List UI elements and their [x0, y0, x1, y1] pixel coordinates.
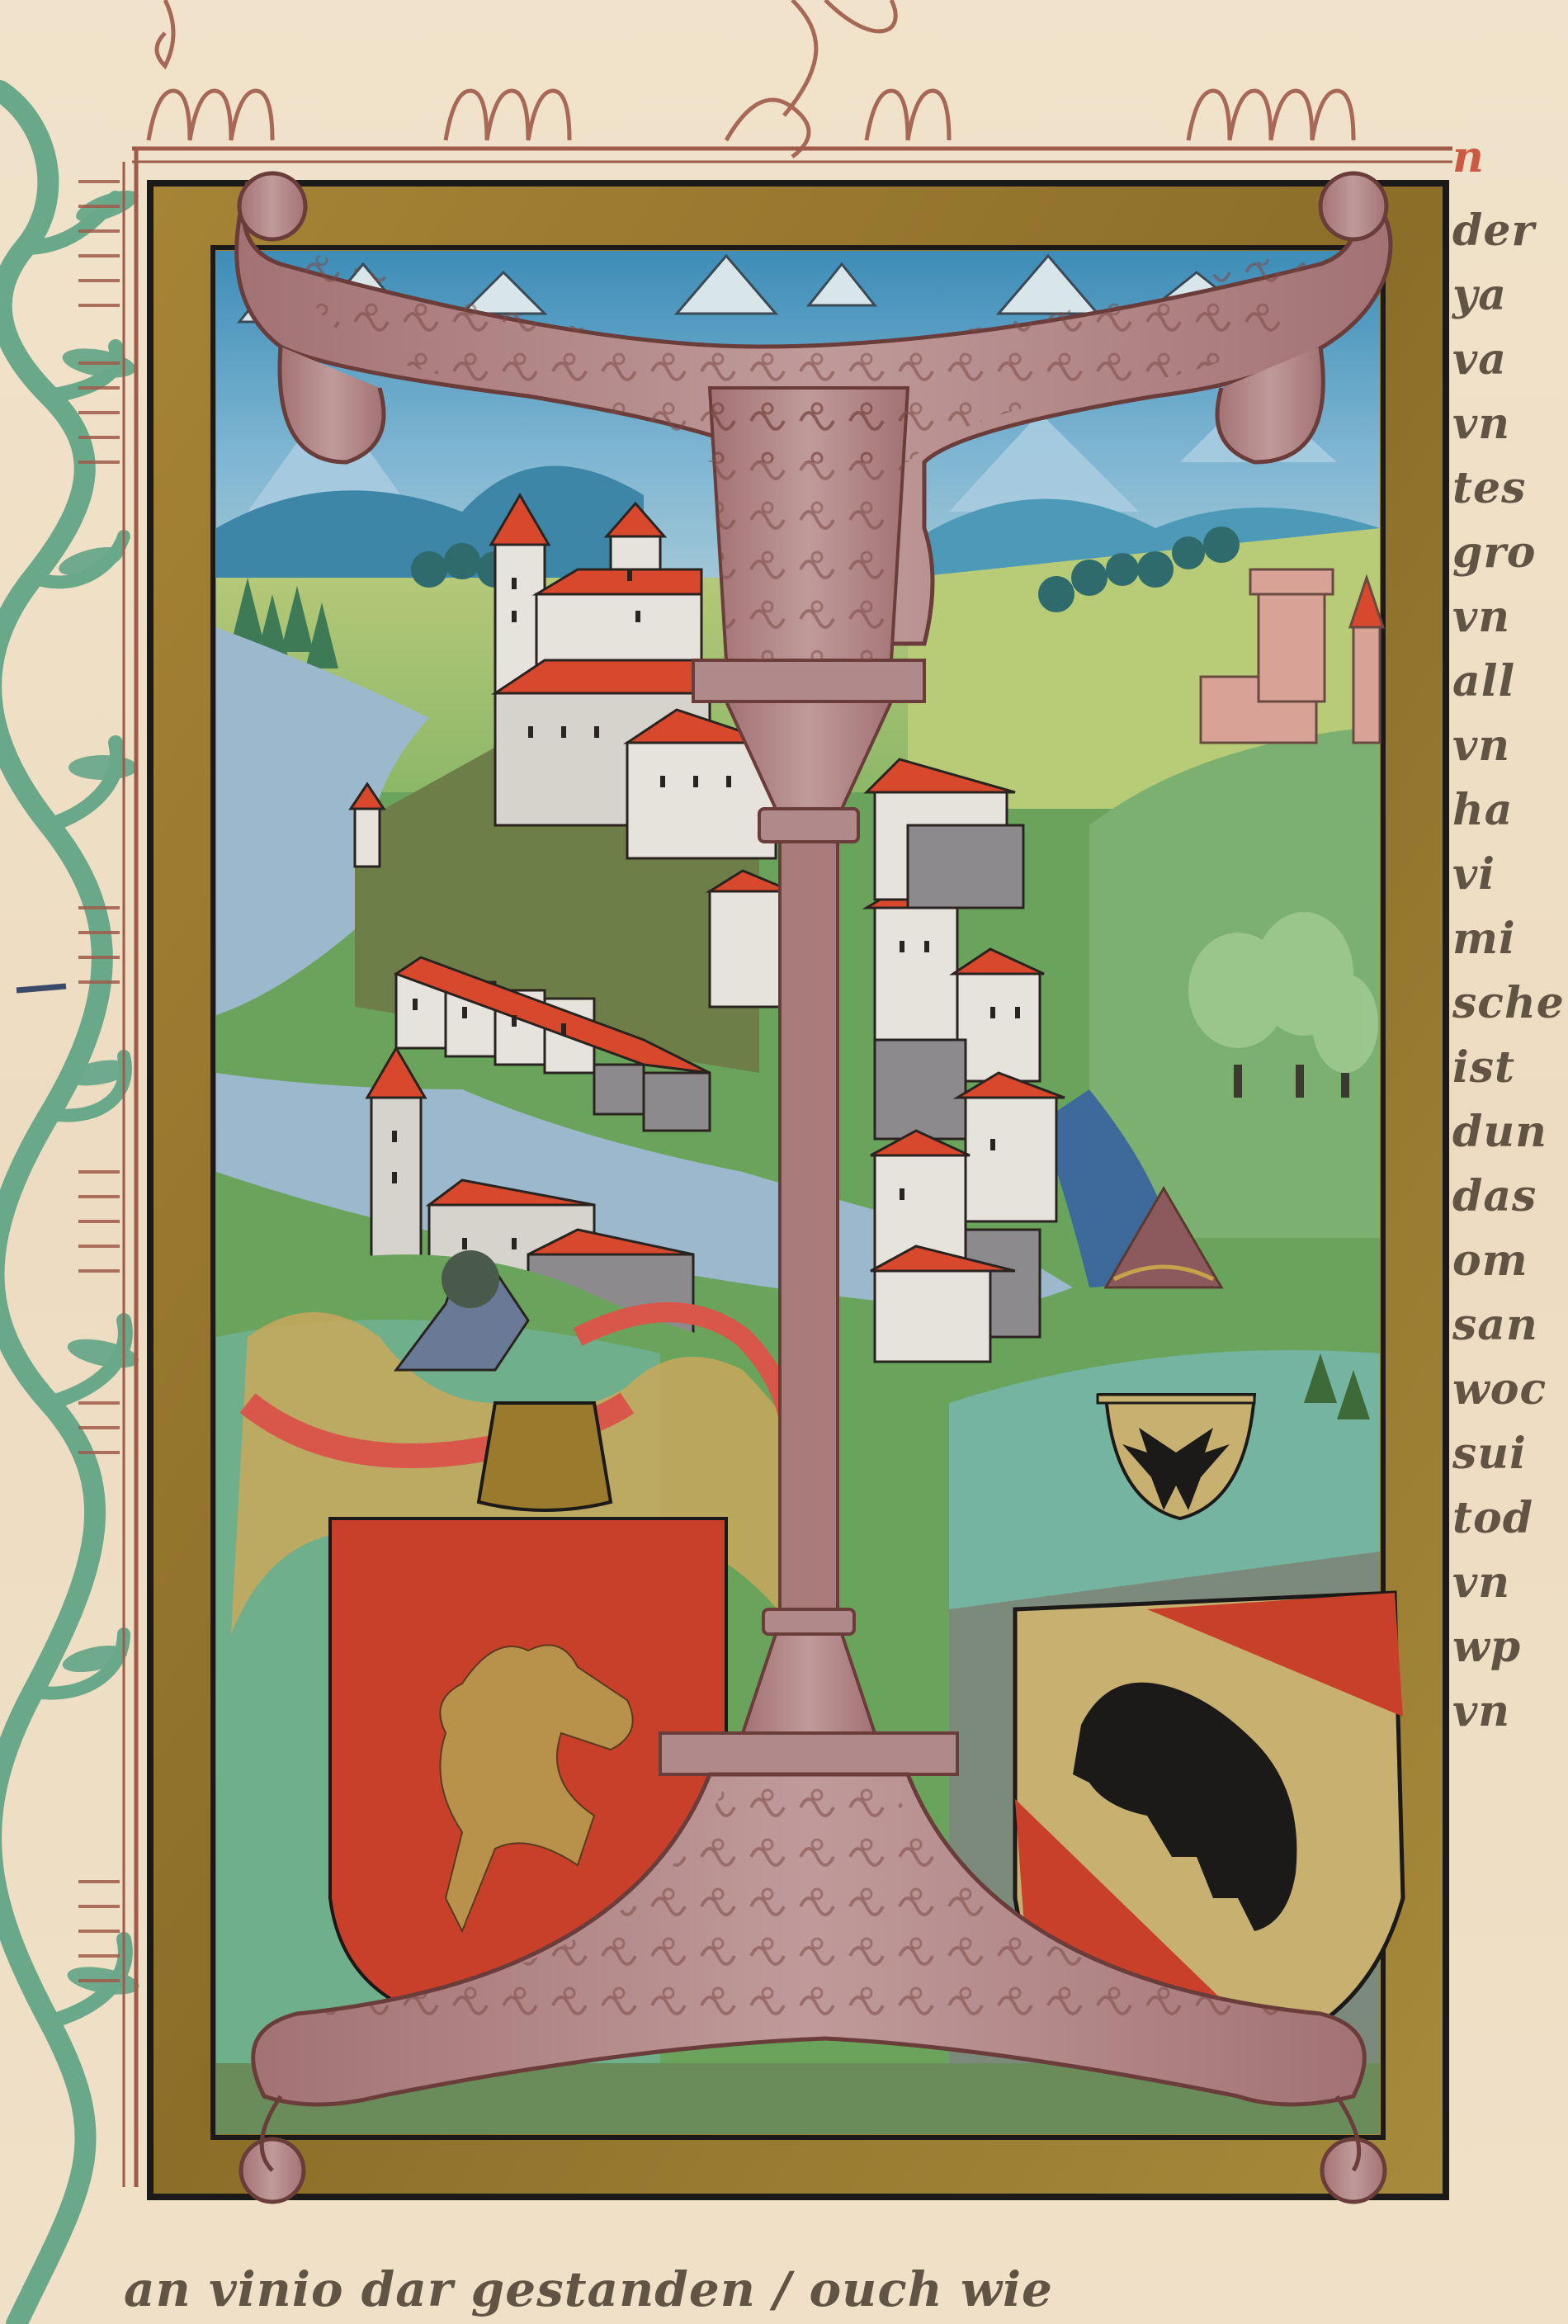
margin-word: mi [1452, 907, 1568, 971]
margin-word: vi [1452, 843, 1568, 907]
margin-word: ya [1452, 263, 1568, 328]
margin-word: san [1452, 1293, 1568, 1358]
margin-word: n [1452, 132, 1568, 182]
margin-word: das [1452, 1164, 1568, 1229]
margin-word: vn [1452, 1551, 1568, 1615]
margin-word: ist [1452, 1036, 1568, 1100]
blue-stroke-mark [17, 986, 66, 990]
margin-word: vn [1452, 714, 1568, 778]
margin-word: vn [1452, 1679, 1568, 1744]
manuscript-page: n der ya va vn tes gro vn all vn ha vi m… [0, 0, 1568, 2324]
margin-word: tod [1452, 1486, 1568, 1551]
margin-word: der [1452, 199, 1568, 263]
margin-word: vn [1452, 585, 1568, 649]
illumination-artwork [0, 0, 1568, 2324]
margin-word: sche [1452, 971, 1568, 1036]
margin-word: ha [1452, 778, 1568, 843]
margin-word: va [1452, 328, 1568, 392]
margin-word: gro [1452, 521, 1568, 585]
right-margin-text: n der ya va vn tes gro vn all vn ha vi m… [1452, 149, 1568, 1744]
margin-word: wp [1452, 1615, 1568, 1679]
margin-word: all [1452, 649, 1568, 714]
margin-word: woc [1452, 1358, 1568, 1422]
bottom-text-line: an vinio dar gestanden / ouch wie [124, 2261, 1053, 2317]
margin-word: tes [1452, 456, 1568, 521]
margin-word: sui [1452, 1422, 1568, 1486]
margin-word: om [1452, 1229, 1568, 1293]
top-border-flourish [149, 0, 1353, 157]
margin-word: dun [1452, 1100, 1568, 1164]
margin-word: vn [1452, 392, 1568, 456]
